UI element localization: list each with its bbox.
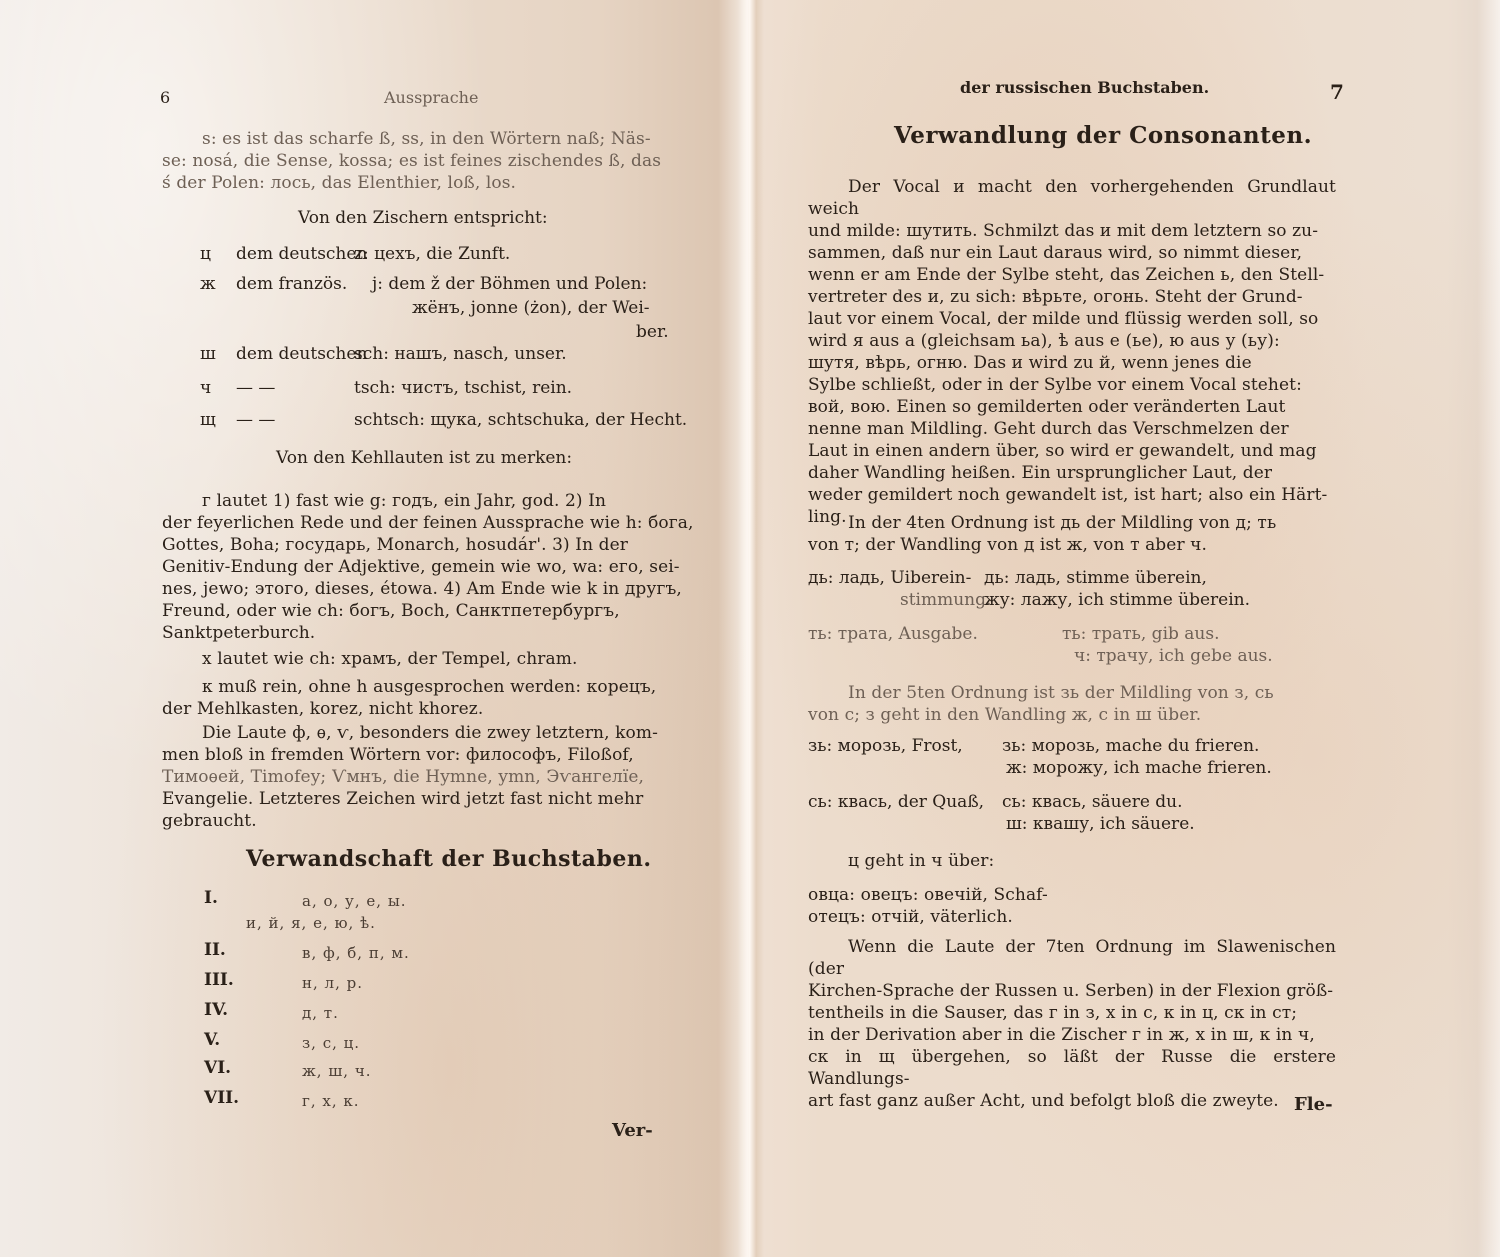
order-numeral: II.	[204, 940, 226, 960]
example-left: ть: трата, Ausgabe.	[808, 624, 978, 644]
text-line: nes, jewo; этого, dieses, étowa. 4) Am E…	[162, 578, 697, 600]
book-spread: 6 Aussprache s: es ist das scharfe ß, ss…	[0, 0, 1500, 1257]
example-left: дь: ладь, Uiberein-	[808, 568, 971, 588]
text-line: se: nosá, die Sense, kossa; es ist feine…	[162, 150, 697, 172]
order-numeral: V.	[204, 1030, 220, 1050]
order-letters: г, х, к.	[302, 1092, 360, 1110]
k-paragraph: к muß rein, ohne h ausgesprochen werden:…	[162, 676, 697, 720]
text-line: und milde: шутить. Schmilzt das и mit de…	[808, 220, 1336, 242]
text-line: Die Laute ф, ѳ, ѵ, besonders die zwey le…	[162, 722, 697, 744]
order-letters: з, с, ц.	[302, 1034, 360, 1052]
page-number: 7	[1330, 80, 1344, 104]
foreign-paragraph: Die Laute ф, ѳ, ѵ, besonders die zwey le…	[162, 722, 697, 832]
zischer-value: ber.	[636, 322, 669, 342]
text-line: Wenn die Laute der 7ten Ordnung im Slawe…	[808, 936, 1336, 980]
text-line: ś der Polen: лось, das Elenthier, loß, l…	[162, 172, 697, 194]
zischer-value: tsch: чистъ, tschist, rein.	[354, 378, 572, 398]
zischer-lang: dem deutschen	[236, 344, 367, 364]
zischer-value: j: dem ž der Böhmen und Polen:	[372, 274, 647, 294]
text-line: In der 5ten Ordnung ist зь der Mildling …	[808, 682, 1336, 704]
order-letters: н, л, р.	[302, 974, 363, 992]
text-line: Freund, oder wie ch: богъ, Boch, Санктпе…	[162, 600, 697, 622]
text-line: men bloß in fremden Wörtern vor: философ…	[162, 744, 697, 766]
text-line: In der 4ten Ordnung ist дь der Mildling …	[808, 512, 1336, 534]
text-line: отецъ: отчій, väterlich.	[808, 906, 1336, 928]
order-numeral: VII.	[204, 1088, 239, 1108]
text-line: Sanktpeterburch.	[162, 622, 697, 644]
example-right: зь: морозь, mache du frieren.	[1002, 736, 1259, 756]
order-numeral: I.	[204, 888, 218, 908]
zischer-value: sch: нашъ, nasch, unser.	[354, 344, 567, 364]
order-letters: а, о, у, е, ы.	[302, 892, 407, 910]
ts-line: ц geht in ч über:	[808, 850, 1336, 872]
text-line: Kirchen-Sprache der Russen u. Serben) in…	[808, 980, 1336, 1002]
order-letters: и, й, я, е, ю, ѣ.	[246, 914, 376, 932]
zischer-letter: ц	[200, 244, 211, 264]
text-line: х lautet wie ch: храмъ, der Tempel, chra…	[162, 648, 697, 670]
text-line: s: es ist das scharfe ß, ss, in den Wört…	[162, 128, 697, 150]
order-letters: в, ф, б, п, м.	[302, 944, 410, 962]
text-line: Evangelie. Letzteres Zeichen wird jetzt …	[162, 788, 697, 832]
text-line: wird я aus а (gleichsam ьа), ѣ aus е (ье…	[808, 330, 1336, 352]
intro-paragraph: s: es ist das scharfe ß, ss, in den Wört…	[162, 128, 697, 194]
zischer-letter: ж	[200, 274, 216, 294]
zischer-heading: Von den Zischern entspricht:	[298, 208, 548, 228]
text-line: von т; der Wandling von д ist ж, von т a…	[808, 534, 1336, 556]
example-right: ть: трать, gib aus.	[1062, 624, 1220, 644]
vocal-paragraph: Der Vocal и macht den vorhergehenden Gru…	[808, 176, 1336, 528]
zischer-value: schtsch: щука, schtschuka, der Hecht.	[354, 410, 687, 430]
order-letters: д, т.	[302, 1004, 339, 1022]
text-line: laut vor einem Vocal, der milde und flüs…	[808, 308, 1336, 330]
x-line: х lautet wie ch: храмъ, der Tempel, chra…	[162, 648, 697, 670]
order7-paragraph: Wenn die Laute der 7ten Ordnung im Slawe…	[808, 936, 1336, 1112]
running-head: Aussprache	[384, 88, 478, 107]
example-left: сь: квась, der Quaß,	[808, 792, 984, 812]
catchword: Ver-	[612, 1120, 653, 1141]
text-line: nenne man Mildling. Geht durch das Versc…	[808, 418, 1336, 440]
text-line: weder gemildert noch gewandelt ist, ist …	[808, 484, 1336, 506]
catchword: Fle-	[1294, 1094, 1333, 1115]
zischer-lang: dem deutschen	[236, 244, 367, 264]
example-right: сь: квась, säuere du.	[1002, 792, 1183, 812]
example-right: ч: трачу, ich gebe aus.	[1074, 646, 1273, 666]
zischer-value: z: цехъ, die Zunft.	[354, 244, 510, 264]
zischer-value: жёнъ, jonne (żon), der Wei-	[412, 298, 650, 318]
example-right: жу: лажу, ich stimme überein.	[984, 590, 1250, 610]
text-line: г lautet 1) fast wie g: годъ, ein Jahr, …	[162, 490, 697, 512]
text-line: daher Wandling heißen. Ein ursprungliche…	[808, 462, 1336, 484]
order-letters: ж, ш, ч.	[302, 1062, 372, 1080]
example-right: ж: морожу, ich mache frieren.	[1006, 758, 1272, 778]
text-line: art fast ganz außer Acht, und befolgt bl…	[808, 1090, 1336, 1112]
zischer-letter: щ	[200, 410, 216, 430]
text-line: von с; з geht in den Wandling ж, с in ш …	[808, 704, 1336, 726]
left-page: 6 Aussprache s: es ist das scharfe ß, ss…	[0, 0, 748, 1257]
text-line: Gottes, Boha; государь, Monarch, hosudár…	[162, 534, 697, 556]
kehl-heading: Von den Kehllauten ist zu merken:	[276, 448, 572, 468]
order-numeral: VI.	[204, 1058, 231, 1078]
zischer-letter: ш	[200, 344, 216, 364]
text-line: вой, вою. Einen so gemilderten oder verä…	[808, 396, 1336, 418]
zischer-lang: — —	[236, 410, 275, 430]
text-line: sammen, daß nur ein Laut daraus wird, so…	[808, 242, 1336, 264]
text-line: овца: овецъ: овечій, Schaf-	[808, 884, 1336, 906]
page-number: 6	[160, 88, 170, 107]
text-line: tentheils in die Sauser, das г in з, х i…	[808, 1002, 1336, 1024]
order5-paragraph: In der 5ten Ordnung ist зь der Mildling …	[808, 682, 1336, 726]
right-page: der russischen Buchstaben. 7 Verwandlung…	[748, 0, 1500, 1257]
text-line: ц geht in ч über:	[808, 850, 1336, 872]
kehl-paragraph: г lautet 1) fast wie g: годъ, ein Jahr, …	[162, 490, 697, 644]
text-line: wenn er am Ende der Sylbe steht, das Zei…	[808, 264, 1336, 286]
order4-paragraph: In der 4ten Ordnung ist дь der Mildling …	[808, 512, 1336, 556]
text-line: in der Derivation aber in die Zischer г …	[808, 1024, 1336, 1046]
text-line: Sylbe schließt, oder in der Sylbe vor ei…	[808, 374, 1336, 396]
example-left: stimmung.	[900, 590, 991, 610]
text-line: шутя, вѣрь, огню. Das и wird zu й, wenn …	[808, 352, 1336, 374]
text-line: der feyerlichen Rede und der feinen Auss…	[162, 512, 697, 534]
zischer-lang: dem französ.	[236, 274, 347, 294]
book-gutter	[738, 0, 764, 1257]
section-heading: Verwandlung der Consonanten.	[894, 122, 1312, 149]
zischer-lang: — —	[236, 378, 275, 398]
text-line: vertreter des и, zu sich: вѣрьте, огонь.…	[808, 286, 1336, 308]
text-line: к muß rein, ohne h ausgesprochen werden:…	[162, 676, 697, 698]
example-right: дь: ладь, stimme überein,	[984, 568, 1207, 588]
text-line: ск in щ übergehen, so läßt der Russe die…	[808, 1046, 1336, 1090]
order-numeral: III.	[204, 970, 234, 990]
example-right: ш: квашу, ich säuere.	[1006, 814, 1195, 834]
text-line: Laut in einen andern über, so wird er ge…	[808, 440, 1336, 462]
order-numeral: IV.	[204, 1000, 228, 1020]
example-left: зь: морозь, Frost,	[808, 736, 963, 756]
text-line: der Mehlkasten, korez, nicht khorez.	[162, 698, 697, 720]
zischer-letter: ч	[200, 378, 211, 398]
text-line: Тимоѳей, Timofey; Ѵмнъ, die Hymne, ymn, …	[162, 766, 697, 788]
running-head: der russischen Buchstaben.	[960, 78, 1209, 97]
text-line: Der Vocal и macht den vorhergehenden Gru…	[808, 176, 1336, 220]
ts-examples: овца: овецъ: овечій, Schaf- отецъ: отчій…	[808, 884, 1336, 928]
kinship-heading: Verwandschaft der Buchstaben.	[246, 846, 651, 872]
text-line: Genitiv-Endung der Adjektive, gemein wie…	[162, 556, 697, 578]
